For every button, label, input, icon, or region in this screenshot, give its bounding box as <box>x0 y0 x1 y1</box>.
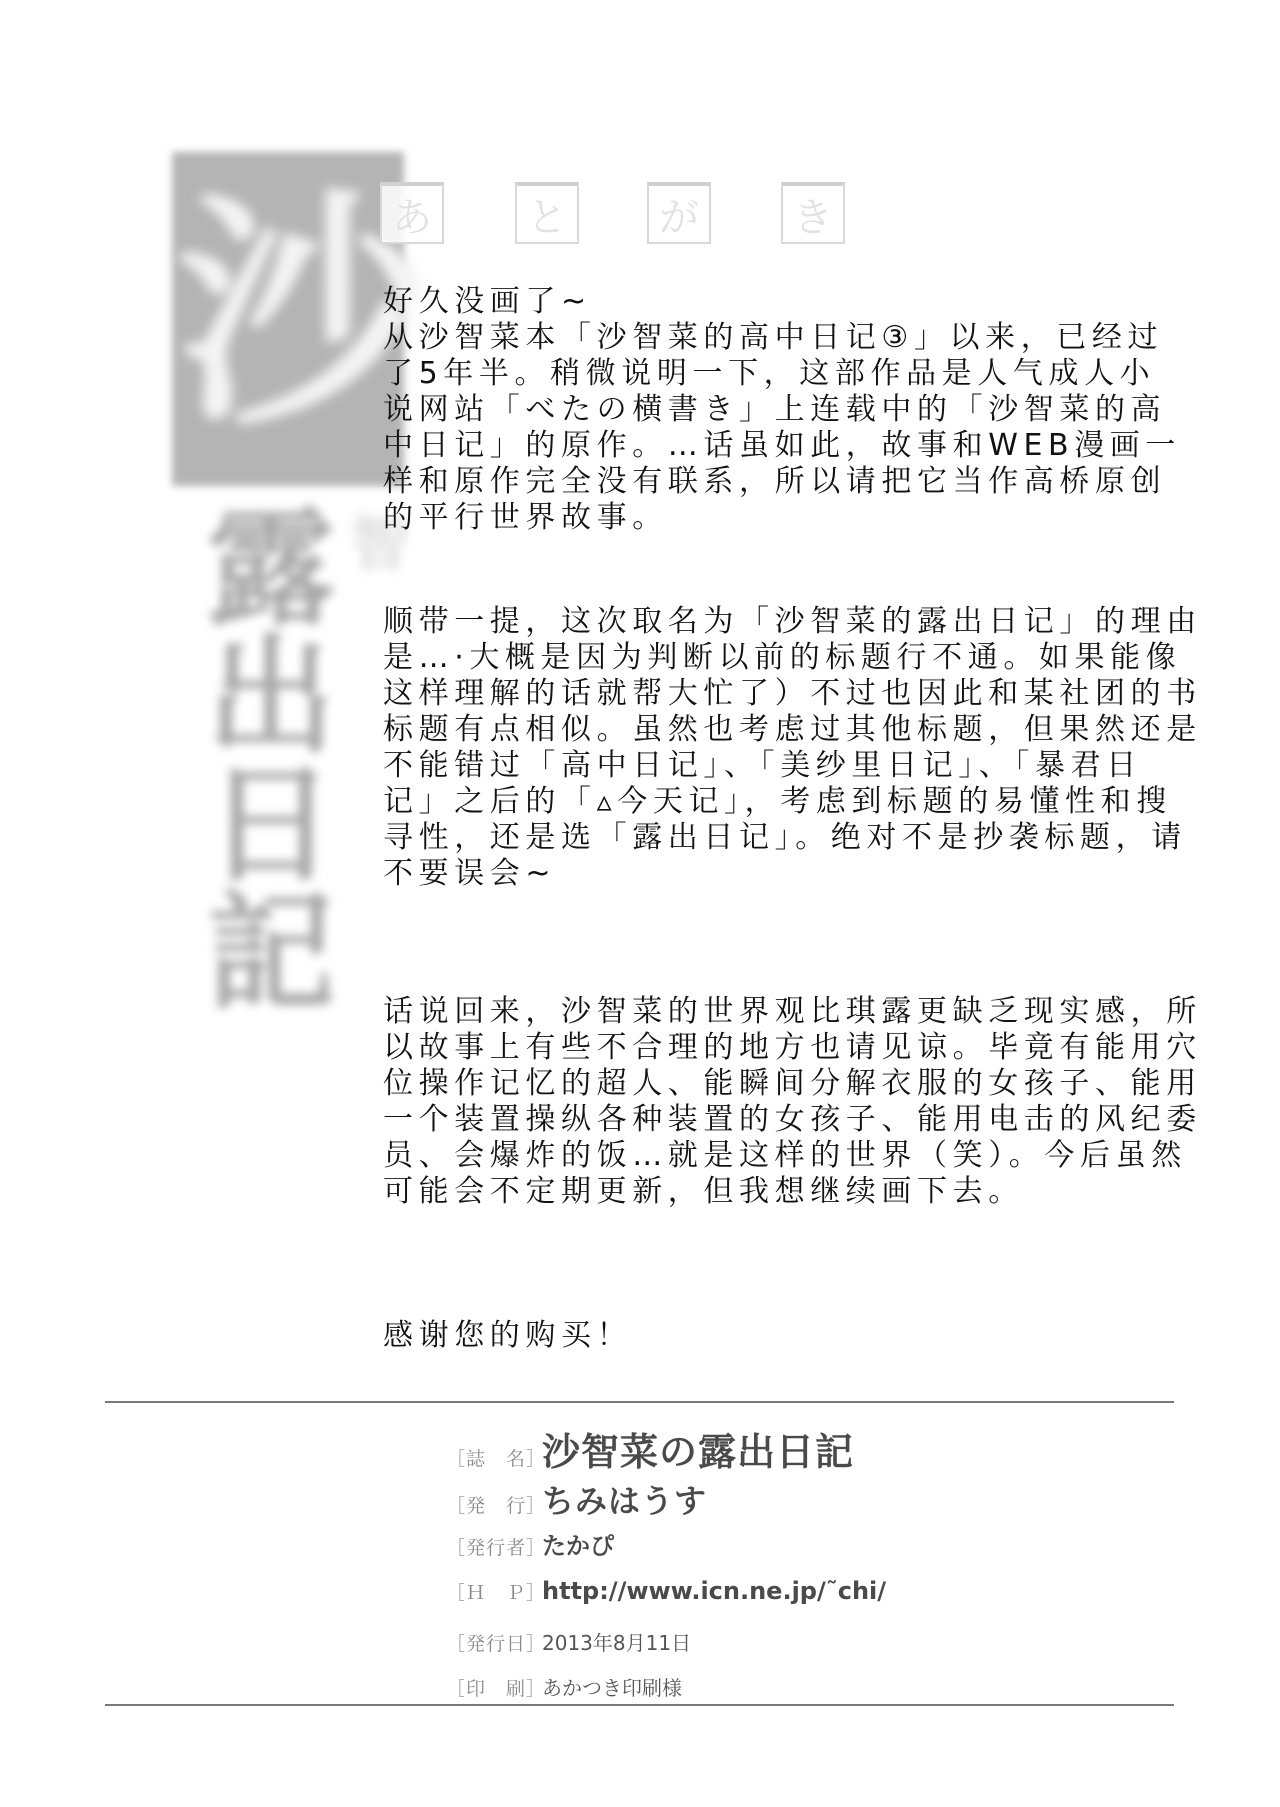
text-line: 样和原作完全没有联系，所以请把它当作高桥原创 <box>383 464 1163 500</box>
heading-box: が <box>647 182 711 244</box>
background-small-glyph: 智 <box>350 510 380 580</box>
afterword-heading: あ と が き <box>380 182 850 246</box>
thanks-message: 感谢您的购买！ <box>383 1318 1163 1354</box>
colophon-row-printer: ［印 刷］ あかつき印刷様 <box>446 1672 682 1701</box>
heading-box: あ <box>380 182 444 244</box>
author-name: たかぴ <box>542 1526 614 1561</box>
colophon-top-rule <box>105 1401 1174 1403</box>
afterword-paragraph-2: 顺带一提，这次取名为「沙智菜的露出日记」的理由 是…·大概是因为判断以前的标题行… <box>383 604 1163 892</box>
text-line: 从沙智菜本「沙智菜的高中日记③」以来，已经过 <box>383 320 1163 356</box>
publication-title: 沙智菜の露出日記 <box>542 1421 854 1476</box>
colophon-label: ［発行者］ <box>446 1533 542 1560</box>
homepage-url: http://www.icn.ne.jp/˜chi/ <box>542 1577 886 1605</box>
heading-box: と <box>515 182 579 244</box>
text-line: 可能会不定期更新，但我想继续画下去。 <box>383 1174 1163 1210</box>
text-line: 了5年半。稍微说明一下，这部作品是人气成人小 <box>383 356 1163 392</box>
text-line: 不要误会~ <box>383 856 1163 892</box>
colophon-bottom-rule <box>105 1704 1174 1706</box>
text-line: 一个装置操纵各种装置的女孩子、能用电击的风纪委 <box>383 1102 1163 1138</box>
colophon-row-publisher: ［発 行］ ちみはうす <box>446 1476 707 1522</box>
publisher-name: ちみはうす <box>542 1476 707 1522</box>
text-line: 记」之后的「▵今天记」，考虑到标题的易懂性和搜 <box>383 784 1163 820</box>
publish-date: 2013年8月11日 <box>542 1627 691 1656</box>
vertical-title-char: 日 <box>196 761 346 889</box>
text-line: 以故事上有些不合理的地方也请见谅。毕竟有能用穴 <box>383 1030 1163 1066</box>
text-line: 中日记」的原作。…话虽如此，故事和WEB漫画一 <box>383 428 1163 464</box>
text-line: 好久没画了~ <box>383 284 1163 320</box>
text-line: 顺带一提，这次取名为「沙智菜的露出日记」的理由 <box>383 604 1163 640</box>
colophon-row-author: ［発行者］ たかぴ <box>446 1526 614 1561</box>
text-line: 不能错过「高中日记」、「美纱里日记」、「暴君日 <box>383 748 1163 784</box>
vertical-title-char: 記 <box>196 889 346 1017</box>
text-line: 标题有点相似。虽然也考虑过其他标题，但果然还是 <box>383 712 1163 748</box>
heading-box: き <box>781 182 845 244</box>
colophon-label: ［Ｈ Ｐ］ <box>446 1578 542 1605</box>
text-line: 的平行世界故事。 <box>383 500 1163 536</box>
colophon-label: ［発 行］ <box>446 1491 542 1518</box>
vertical-title-char: 出 <box>196 633 346 761</box>
text-line: 话说回来，沙智菜的世界观比琪露更缺乏现实感，所 <box>383 994 1163 1030</box>
afterword-paragraph-1: 好久没画了~ 从沙智菜本「沙智菜的高中日记③」以来，已经过 了5年半。稍微说明一… <box>383 284 1163 536</box>
text-line: 寻性，还是选「露出日记」。绝对不是抄袭标题，请 <box>383 820 1163 856</box>
colophon-label: ［誌 名］ <box>446 1444 542 1471</box>
background-vertical-title: 露 出 日 記 <box>196 505 346 1017</box>
afterword-paragraph-3: 话说回来，沙智菜的世界观比琪露更缺乏现实感，所 以故事上有些不合理的地方也请见谅… <box>383 994 1163 1210</box>
text-line: 说网站「べたの横書き」上连载中的「沙智菜的高 <box>383 392 1163 428</box>
colophon-label: ［発行日］ <box>446 1629 542 1656</box>
text-line: 位操作记忆的超人、能瞬间分解衣服的女孩子、能用 <box>383 1066 1163 1102</box>
colophon-row-homepage: ［Ｈ Ｐ］ http://www.icn.ne.jp/˜chi/ <box>446 1577 886 1605</box>
text-line: 感谢您的购买！ <box>383 1318 1163 1354</box>
colophon-row-date: ［発行日］ 2013年8月11日 <box>446 1627 691 1656</box>
text-line: 这样理解的话就帮大忙了）不过也因此和某社团的书 <box>383 676 1163 712</box>
colophon-row-title: ［誌 名］ 沙智菜の露出日記 <box>446 1421 854 1476</box>
background-title-glyph: 沙 <box>176 150 406 480</box>
text-line: 员、会爆炸的饭…就是这样的世界（笑）。今后虽然 <box>383 1138 1163 1174</box>
vertical-title-char: 露 <box>196 505 346 633</box>
text-line: 是…·大概是因为判断以前的标题行不通。如果能像 <box>383 640 1163 676</box>
colophon-label: ［印 刷］ <box>446 1674 542 1701</box>
printer-name: あかつき印刷様 <box>542 1672 682 1701</box>
